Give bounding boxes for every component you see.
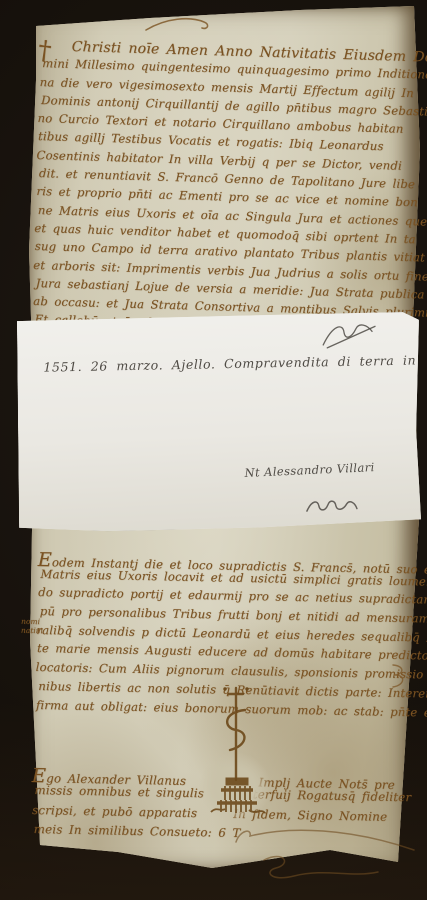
pen-flourish-top [142, 14, 214, 34]
pen-flourish-bottom [230, 820, 420, 884]
photo-backdrop: † Christi noīe Amen Anno Nativitatis Eiu… [0, 0, 427, 900]
corner-flourish [317, 320, 387, 351]
catalog-caption: 1551. 26 marzo. Ajello. Compravendita di… [43, 352, 427, 375]
notarial-signum [203, 682, 269, 816]
pen-flourish-right [389, 662, 409, 690]
manuscript-top-block: Christi noīe Amen Anno Nativitatis Eiusd… [31, 38, 427, 343]
signature-paraph [304, 497, 360, 518]
archival-label-strip: 1551. 26 marzo. Ajello. Compravendita di… [17, 312, 421, 532]
notary-signature: Nt Alessandro Villari [244, 460, 375, 480]
